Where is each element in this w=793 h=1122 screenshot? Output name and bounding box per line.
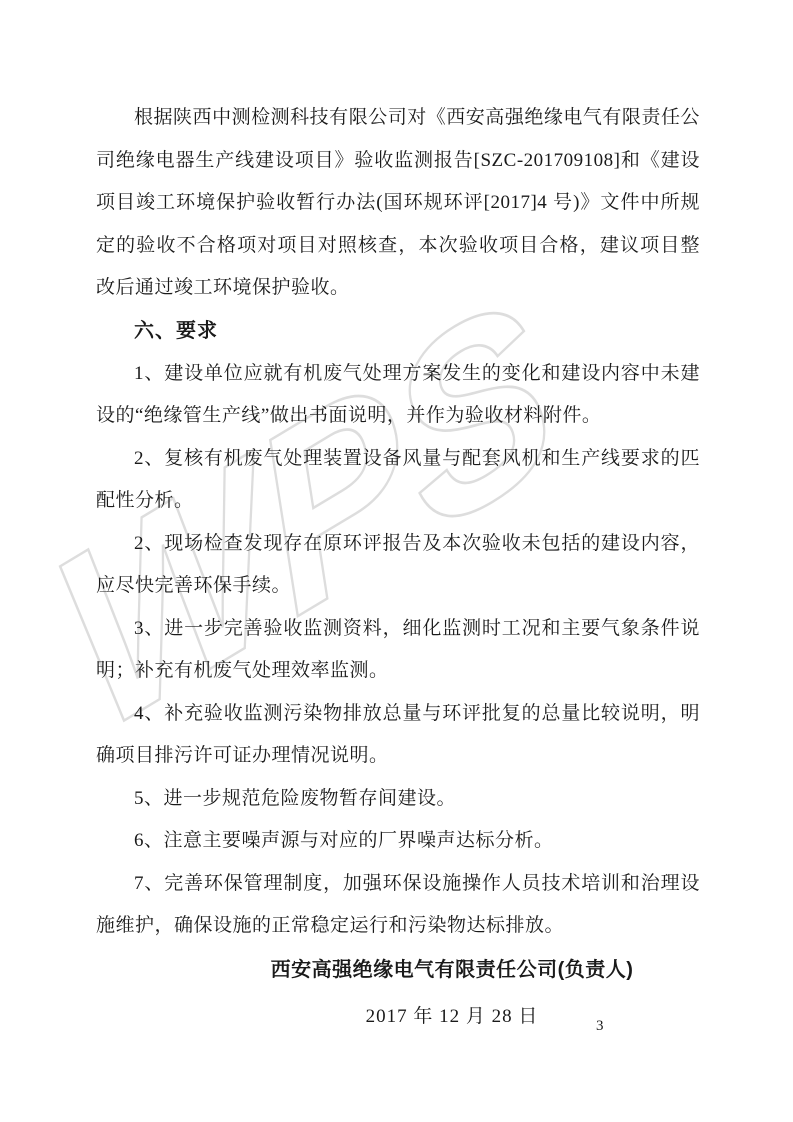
- requirement-item-3: 3、进一步完善验收监测资料，细化监测时工况和主要气象条件说明；补充有机废气处理效…: [96, 608, 700, 693]
- document-page: WPS 根据陕西中测检测科技有限公司对《西安高强绝缘电气有限责任公司绝缘电器生产…: [0, 0, 793, 1122]
- requirement-item-7: 7、完善环保管理制度，加强环保设施操作人员技术培训和治理设施维护，确保设施的正常…: [96, 863, 700, 948]
- requirement-item-6: 6、注意主要噪声源与对应的厂界噪声达标分析。: [96, 820, 700, 863]
- requirement-item-2: 2、复核有机废气处理装置设备风量与配套风机和生产线要求的匹配性分析。: [96, 438, 700, 523]
- requirement-item-2b: 2、现场检查发现存在原环评报告及本次验收未包括的建设内容，应尽快完善环保手续。: [96, 523, 700, 608]
- intro-paragraph: 根据陕西中测检测科技有限公司对《西安高强绝缘电气有限责任公司绝缘电器生产线建设项…: [96, 97, 700, 310]
- requirement-item-1: 1、建设单位应就有机废气处理方案发生的变化和建设内容中未建设的“绝缘管生产线”做…: [96, 353, 700, 438]
- requirement-item-5: 5、进一步规范危险废物暂存间建设。: [96, 778, 700, 821]
- date-line: 2017 年 12 月 28 日: [96, 993, 700, 1041]
- section-heading: 六、要求: [96, 310, 700, 353]
- document-body: 根据陕西中测检测科技有限公司对《西安高强绝缘电气有限责任公司绝缘电器生产线建设项…: [0, 0, 793, 1041]
- signature-line: 西安高强绝缘电气有限责任公司(负责人): [96, 948, 700, 993]
- requirement-item-4: 4、补充验收监测污染物排放总量与环评批复的总量比较说明，明确项目排污许可证办理情…: [96, 693, 700, 778]
- page-number: 3: [596, 1018, 604, 1035]
